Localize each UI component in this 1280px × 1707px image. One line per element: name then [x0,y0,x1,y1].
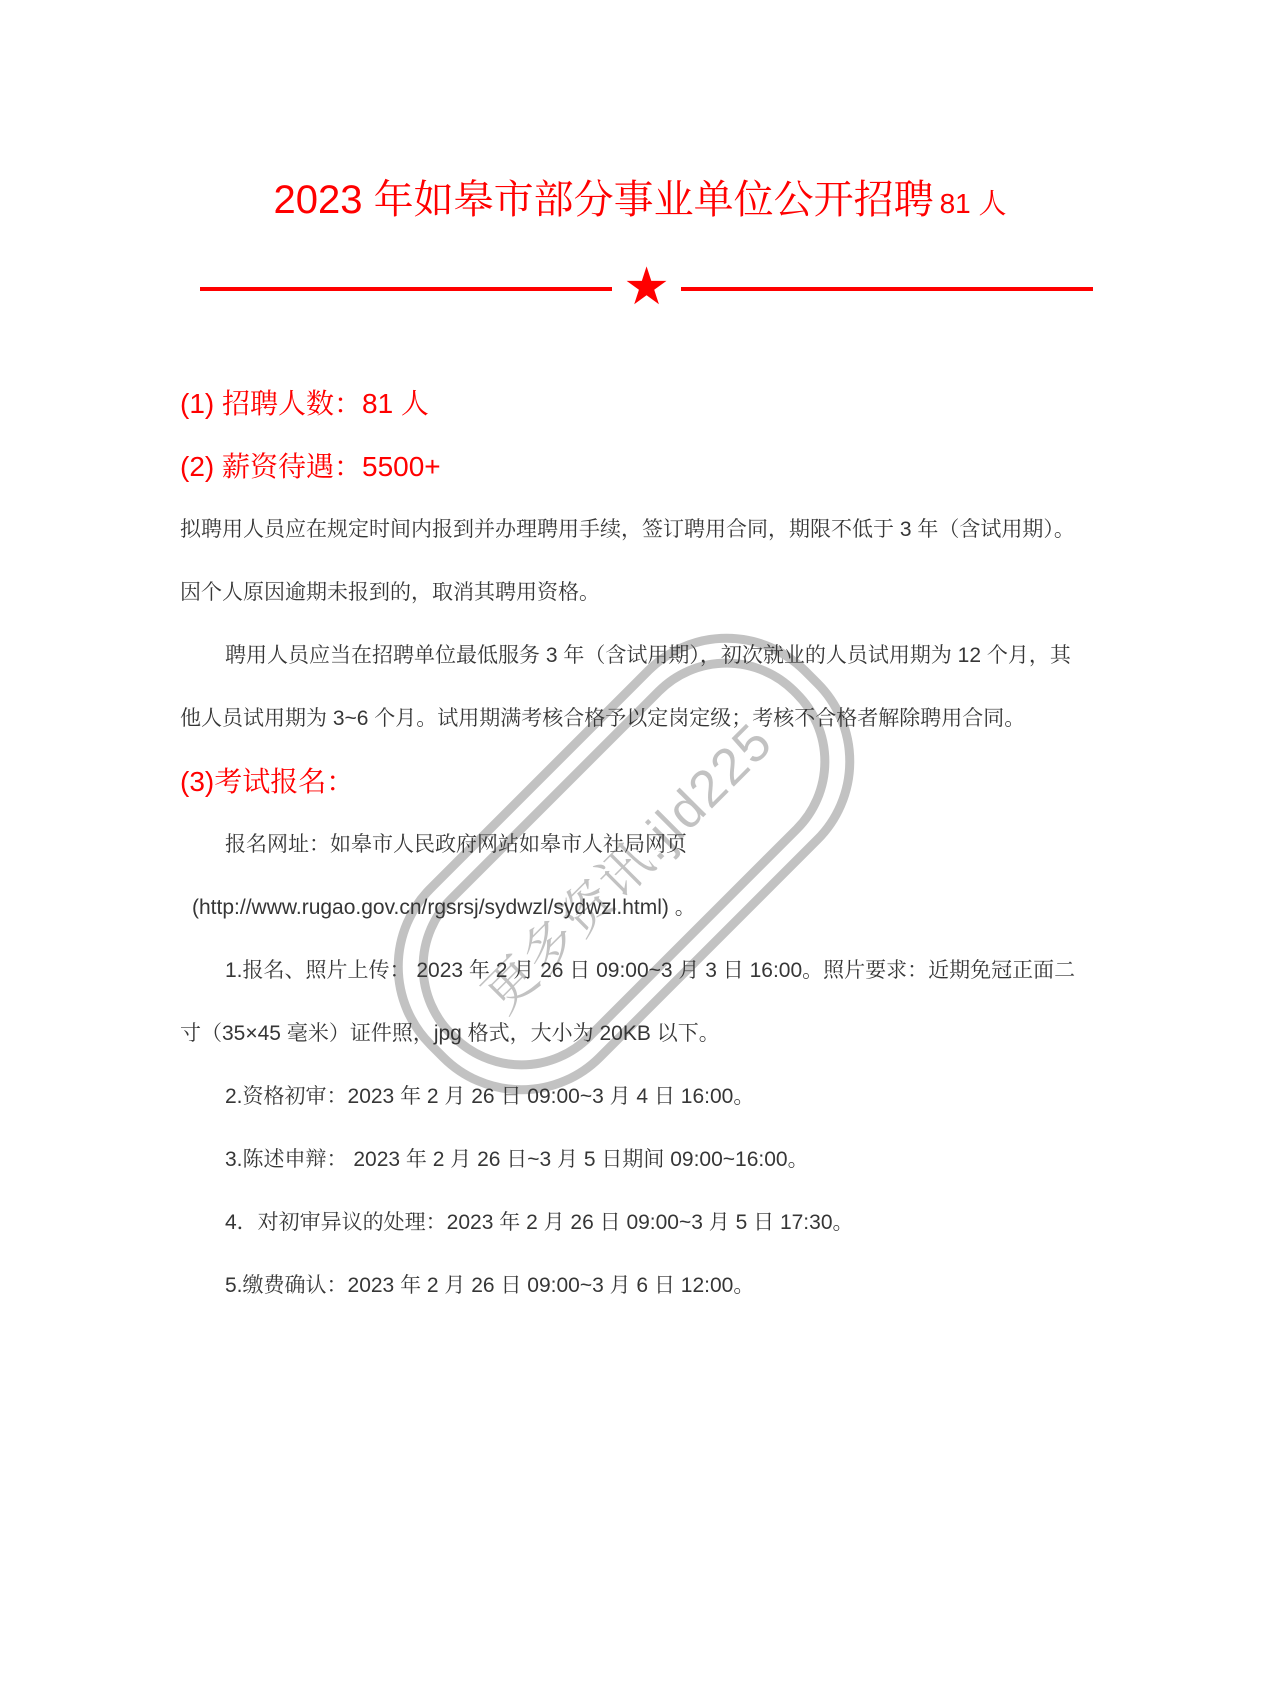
body-line: 拟聘用人员应在规定时间内报到并办理聘用手续，签订聘用合同，期限不低于 3 年（含… [180,498,1040,561]
body-line: 寸（35×45 毫米）证件照，jpg 格式，大小为 20KB 以下。 [180,1002,1040,1065]
body-line: 聘用人员应当在招聘单位最低服务 3 年（含试用期），初次就业的人员试用期为 12… [180,624,1040,687]
body-line: 4．对初审异议的处理：2023 年 2 月 26 日 09:00~3 月 5 日… [180,1191,1040,1254]
body-line: 他人员试用期为 3~6 个月。试用期满考核合格予以定岗定级；考核不合格者解除聘用… [180,687,1040,750]
body-line: 1.报名、照片上传： 2023 年 2 月 26 日 09:00~3 月 3 日… [180,939,1040,1002]
body-line: (2) 薪资待遇：5500+ [180,435,1040,498]
page-title-main: 2023 年如皋市部分事业单位公开招聘 [273,178,933,222]
divider-line-left [200,287,612,291]
body-line: (1) 招聘人数：81 人 [180,372,1040,435]
body-line: 因个人原因逾期未报到的，取消其聘用资格。 [180,561,1040,624]
body-text: (1) 招聘人数：81 人(2) 薪资待遇：5500+拟聘用人员应在规定时间内报… [180,372,1040,1317]
star-icon: ★ [623,261,670,313]
body-line: (3)考试报名： [180,750,1040,813]
body-line: 3.陈述申辩： 2023 年 2 月 26 日~3 月 5 日期间 09:00~… [180,1128,1040,1191]
body-line: 2.资格初审：2023 年 2 月 26 日 09:00~3 月 4 日 16:… [180,1065,1040,1128]
divider-line-right [681,287,1093,291]
page-title: 2023 年如皋市部分事业单位公开招聘81 人 [0,176,1280,228]
document-page: 更多资讯.jld225 2023 年如皋市部分事业单位公开招聘81 人 ★ (1… [0,0,1280,1707]
page-title-count: 81 人 [940,188,1007,219]
body-line: 5.缴费确认：2023 年 2 月 26 日 09:00~3 月 6 日 12:… [180,1254,1040,1317]
body-line: 报名网址：如皋市人民政府网站如皋市人社局网页 [180,813,1040,876]
title-divider: ★ [200,266,1093,312]
body-line: (http://www.rugao.gov.cn/rgsrsj/sydwzl/s… [180,876,1040,939]
